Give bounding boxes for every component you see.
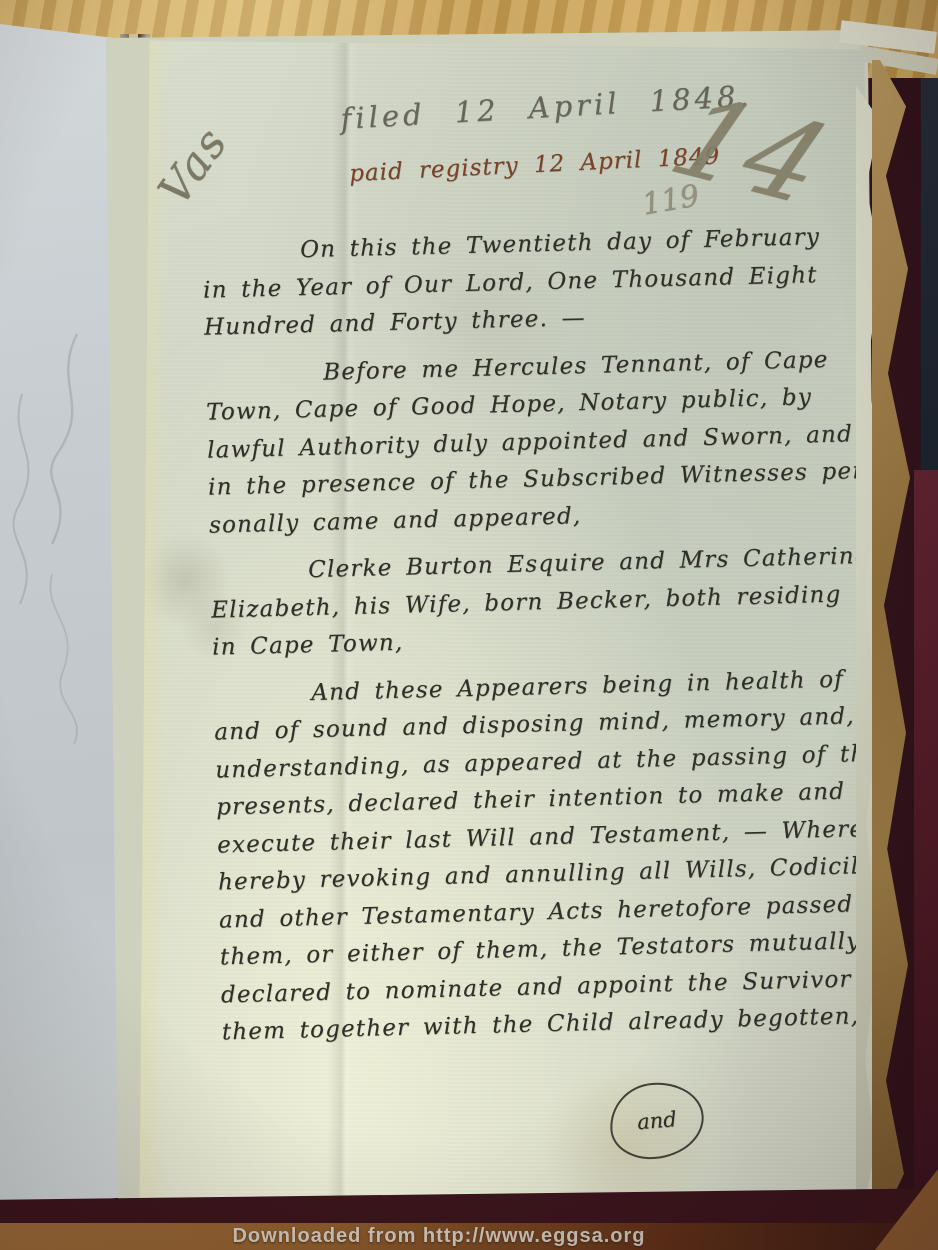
book-cover-edge-dark xyxy=(921,78,938,508)
manuscript-body: On this the Twentieth day of February in… xyxy=(202,218,872,1052)
ragged-page-edge-tan xyxy=(872,60,912,1220)
manuscript-photo: filed 12 April 1848. paid registry 12 Ap… xyxy=(0,0,938,1250)
site-watermark: Downloaded from http://www.eggsa.org xyxy=(0,1225,878,1248)
manuscript-page: filed 12 April 1848. paid registry 12 Ap… xyxy=(139,40,870,1215)
book-cover-edge-red xyxy=(914,470,938,1230)
catchword: and xyxy=(636,1107,677,1134)
